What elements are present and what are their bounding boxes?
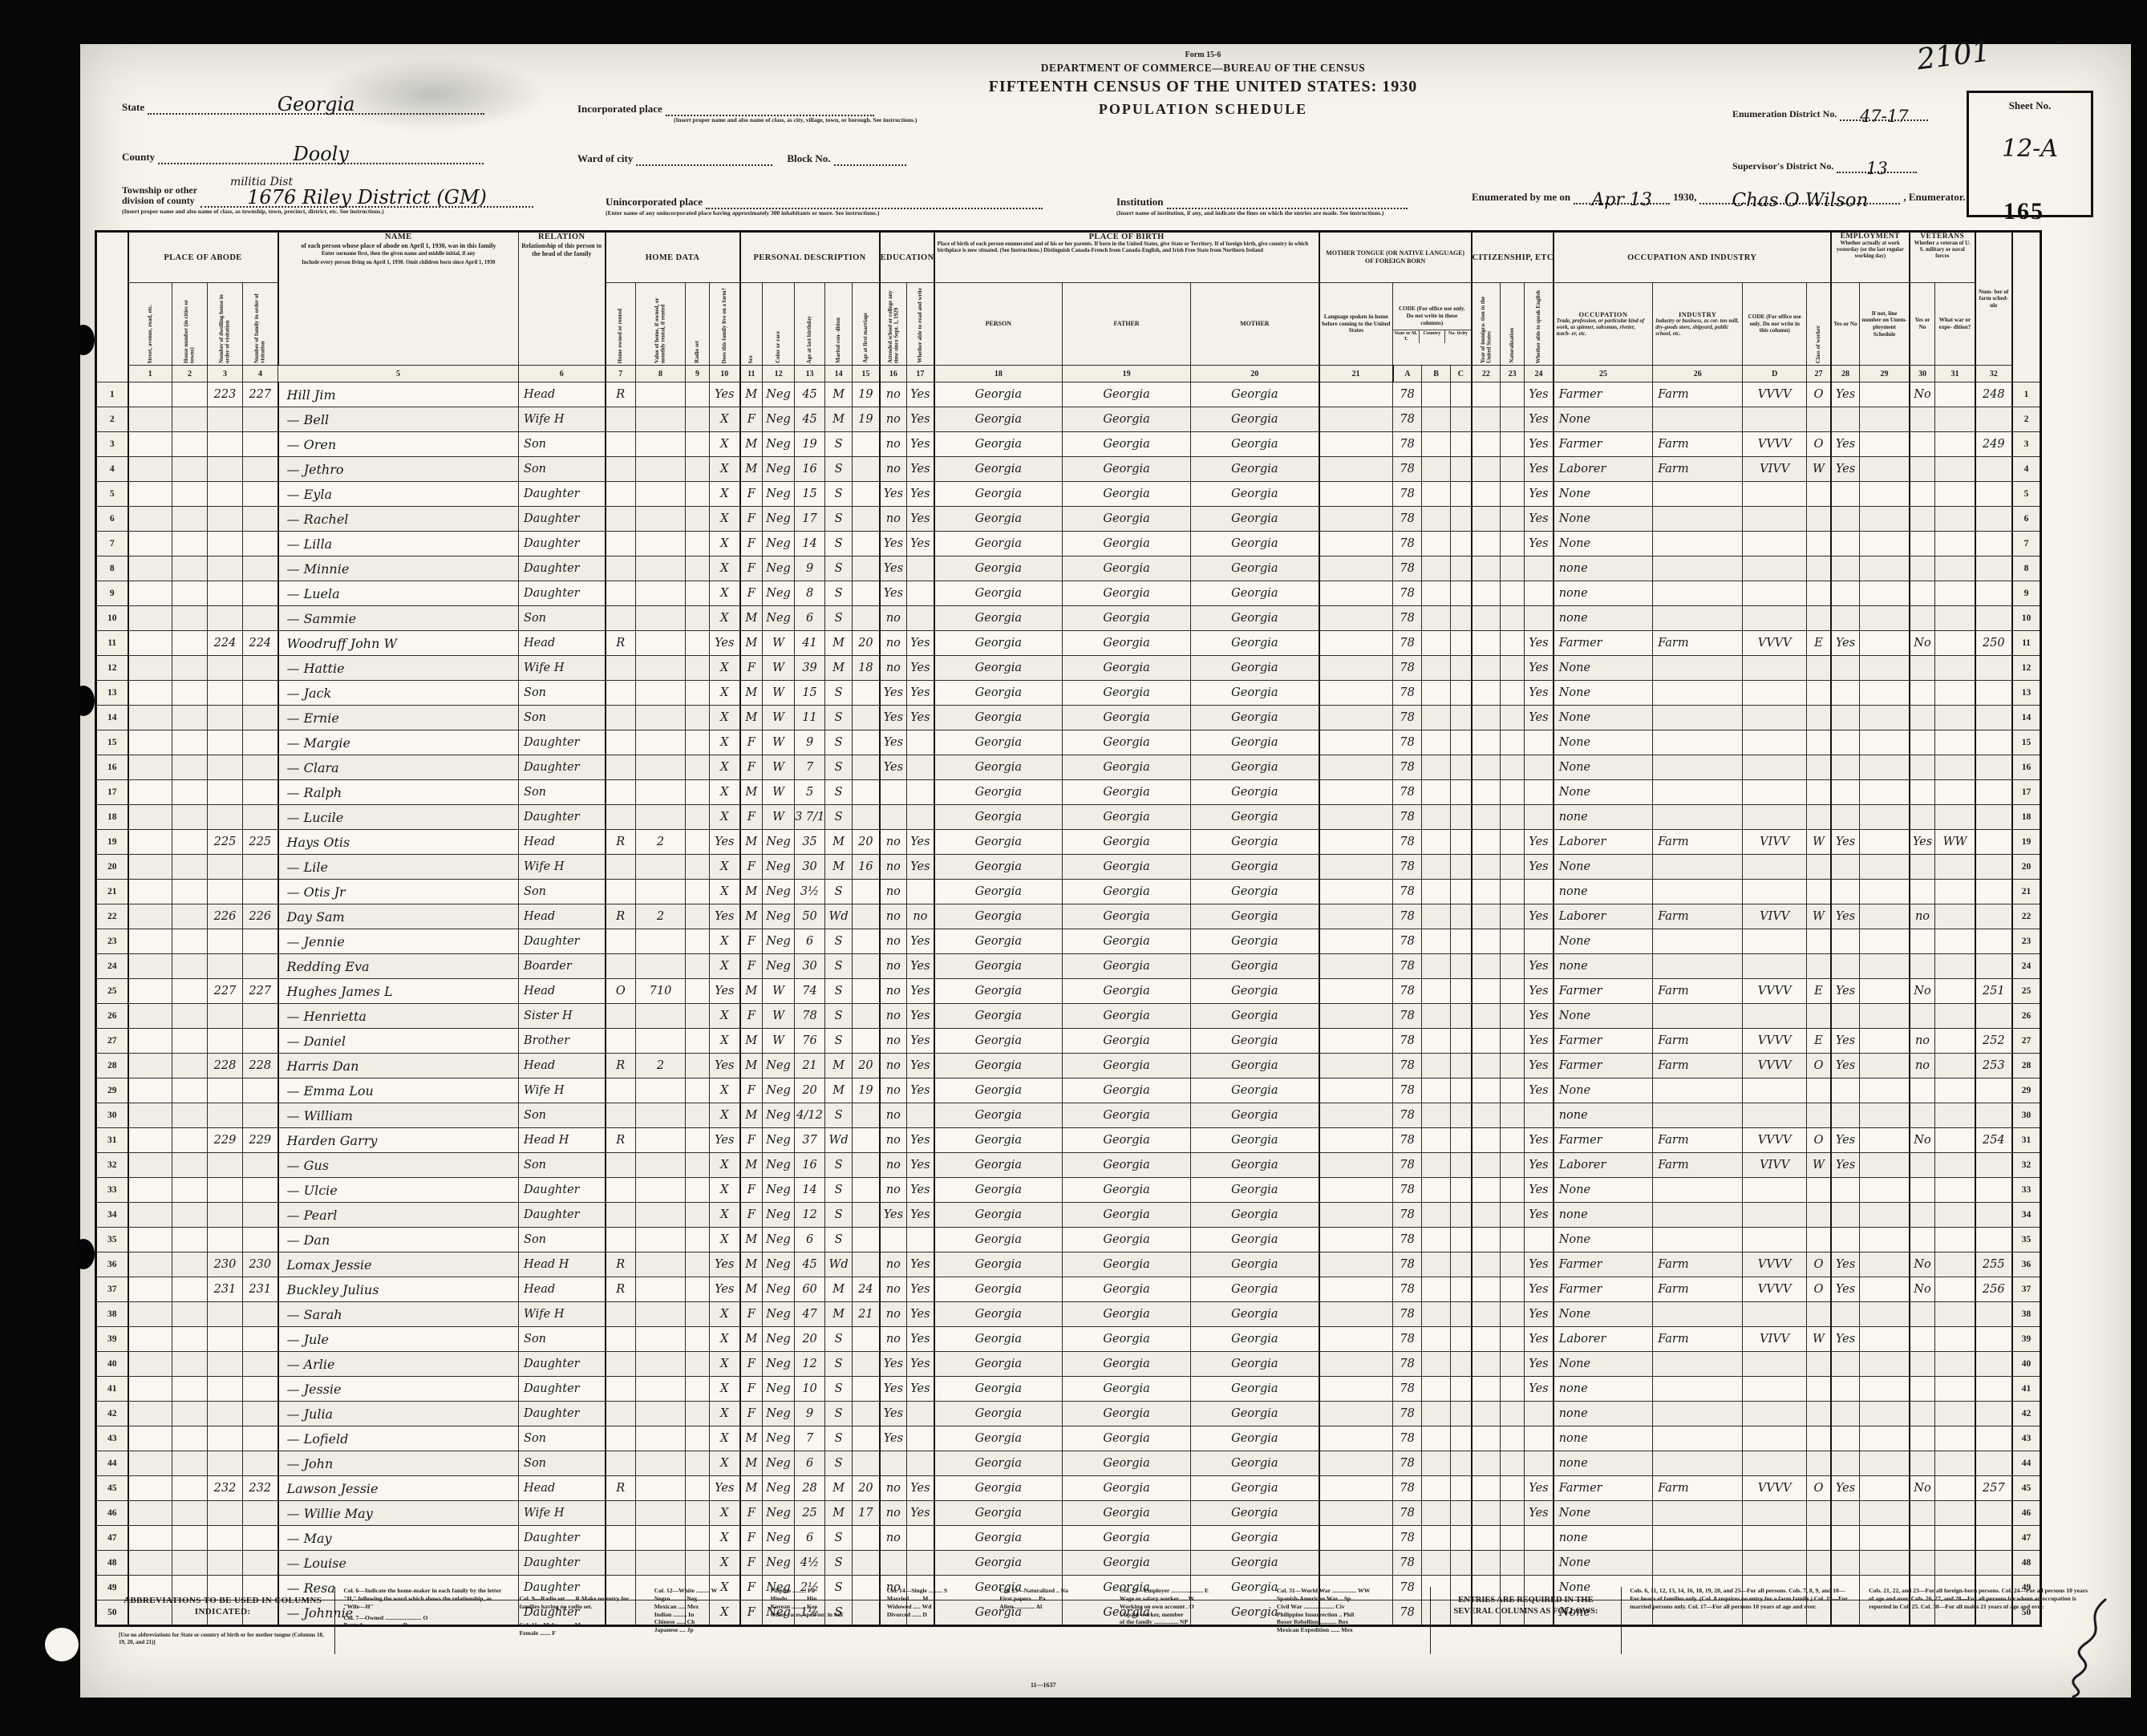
cell-lang xyxy=(1319,1252,1393,1277)
cell-rw: Yes xyxy=(907,1153,934,1178)
cell-e29 xyxy=(1860,556,1910,581)
cell-e28 xyxy=(1831,681,1860,706)
line-number: 7 xyxy=(96,532,128,556)
cell-own xyxy=(606,482,636,507)
cell-imm xyxy=(1472,432,1501,457)
cell-val xyxy=(636,1178,686,1203)
cell-rad xyxy=(686,631,710,656)
cell-lang xyxy=(1319,1128,1393,1153)
cell-own xyxy=(606,1402,636,1426)
cell-rad xyxy=(686,880,710,904)
cell-hn xyxy=(172,432,208,457)
cell-age: 10 xyxy=(795,1377,825,1402)
cell-cb xyxy=(1422,482,1451,507)
cell-fam xyxy=(243,1526,278,1551)
cell-ca: 78 xyxy=(1393,904,1422,929)
cell-age: 30 xyxy=(795,954,825,979)
cell-hn xyxy=(172,1327,208,1352)
cell-mar: S xyxy=(825,880,853,904)
cell-ind xyxy=(1653,532,1743,556)
cell-afm xyxy=(853,507,880,532)
institution-caption: (Insert name of institution, if any, and… xyxy=(1116,209,1453,216)
line-number: 20 xyxy=(96,855,128,880)
cell-dw xyxy=(208,556,243,581)
cell-age: 9 xyxy=(795,1402,825,1426)
cell-lang xyxy=(1319,556,1393,581)
cell-afm: 16 xyxy=(853,855,880,880)
cell-rw xyxy=(907,581,934,606)
cell-ind: Farm xyxy=(1653,1327,1743,1352)
cell-eng: Yes xyxy=(1525,1302,1554,1327)
cell-fam: 226 xyxy=(243,904,278,929)
cell-cc xyxy=(1451,631,1472,656)
cell-sch: no xyxy=(880,954,907,979)
table-row: 38— SarahWife HXFNeg47M21noYesGeorgiaGeo… xyxy=(96,1302,2041,1327)
cell-sch: Yes xyxy=(880,482,907,507)
cell-dw xyxy=(208,681,243,706)
col-industry-header: INDUSTRY Industry or business, as cot- t… xyxy=(1653,283,1743,366)
cell-name: — Arlie xyxy=(278,1352,519,1377)
cell-st xyxy=(128,407,172,432)
cell-fam: 227 xyxy=(243,979,278,1004)
cell-bpp: Georgia xyxy=(934,606,1063,631)
cell-occ: Laborer xyxy=(1554,1327,1653,1352)
cell-e28 xyxy=(1831,954,1860,979)
cell-name: — Ernie xyxy=(278,706,519,730)
cell-imm xyxy=(1472,1029,1501,1054)
cell-bpf: Georgia xyxy=(1063,805,1191,830)
cell-own xyxy=(606,407,636,432)
cell-e29 xyxy=(1860,1551,1910,1576)
cell-afm xyxy=(853,1178,880,1203)
cell-ca: 78 xyxy=(1393,1526,1422,1551)
cell-rel: Brother xyxy=(519,1029,606,1054)
cell-lang xyxy=(1319,482,1393,507)
cell-cw xyxy=(1807,1078,1831,1103)
cell-occ: None xyxy=(1554,730,1653,755)
cell-val: 2 xyxy=(636,904,686,929)
cell-e29 xyxy=(1860,1153,1910,1178)
cell-st xyxy=(128,1252,172,1277)
cell-farm: X xyxy=(710,730,740,755)
cell-v30: no xyxy=(1910,1054,1935,1078)
cell-e29 xyxy=(1860,830,1910,855)
cell-cw xyxy=(1807,1451,1831,1476)
cell-imm xyxy=(1472,1153,1501,1178)
cell-afm xyxy=(853,606,880,631)
cell-e28 xyxy=(1831,1178,1860,1203)
cell-sex: M xyxy=(740,1029,763,1054)
cell-rel: Son xyxy=(519,706,606,730)
line-number: 17 xyxy=(96,780,128,805)
cell-st xyxy=(128,979,172,1004)
table-row: 20— LileWife HXFNeg30M16noYesGeorgiaGeor… xyxy=(96,855,2041,880)
cell-own: R xyxy=(606,1252,636,1277)
cell-v31 xyxy=(1935,1302,1975,1327)
cell-cd: VIVV xyxy=(1743,1153,1807,1178)
cell-ca: 78 xyxy=(1393,1128,1422,1153)
cell-e28: Yes xyxy=(1831,382,1860,407)
cell-rw: Yes xyxy=(907,457,934,482)
cell-mar: S xyxy=(825,755,853,780)
enumerated-year: 1930, xyxy=(1673,191,1696,203)
cell-rw: Yes xyxy=(907,1302,934,1327)
cell-fs xyxy=(1975,532,2012,556)
cell-eng xyxy=(1525,1551,1554,1576)
cell-rw xyxy=(907,1402,934,1426)
cell-cd xyxy=(1743,1451,1807,1476)
cell-hn xyxy=(172,1078,208,1103)
cell-v31 xyxy=(1935,482,1975,507)
cell-fs xyxy=(1975,1451,2012,1476)
line-number: 33 xyxy=(2012,1178,2041,1203)
cell-v30: No xyxy=(1910,1277,1935,1302)
cell-hn xyxy=(172,979,208,1004)
cell-name: — Bell xyxy=(278,407,519,432)
cell-fs xyxy=(1975,407,2012,432)
table-row: 37231231Buckley JuliusHeadRYesMNeg60M24n… xyxy=(96,1277,2041,1302)
cell-imm xyxy=(1472,1103,1501,1128)
cell-bpp: Georgia xyxy=(934,954,1063,979)
cell-st xyxy=(128,1178,172,1203)
cell-v30 xyxy=(1910,1228,1935,1252)
cell-occ: None xyxy=(1554,1078,1653,1103)
cell-bpf: Georgia xyxy=(1063,482,1191,507)
cell-ind xyxy=(1653,1402,1743,1426)
cell-fam xyxy=(243,855,278,880)
cell-name: Lomax Jessie xyxy=(278,1252,519,1277)
code-b-label: Country xyxy=(1419,330,1445,342)
cell-occ: None xyxy=(1554,855,1653,880)
table-row: 30— WilliamSonXMNeg4/12SnoGeorgiaGeorgia… xyxy=(96,1103,2041,1128)
cell-lang xyxy=(1319,432,1393,457)
table-row: 9— LuelaDaughterXFNeg8SYesGeorgiaGeorgia… xyxy=(96,581,2041,606)
cell-name: — Clara xyxy=(278,755,519,780)
cell-mar: M xyxy=(825,1501,853,1526)
cell-cc xyxy=(1451,407,1472,432)
cell-sex: F xyxy=(740,1078,763,1103)
line-number: 22 xyxy=(96,904,128,929)
cell-val xyxy=(636,556,686,581)
cell-e29 xyxy=(1860,1352,1910,1377)
cell-mar: S xyxy=(825,805,853,830)
cell-farm: X xyxy=(710,507,740,532)
cell-v31 xyxy=(1935,457,1975,482)
cell-rad xyxy=(686,1029,710,1054)
cell-bpf: Georgia xyxy=(1063,1103,1191,1128)
cell-rw xyxy=(907,1526,934,1551)
cell-cb xyxy=(1422,382,1451,407)
handwritten-scribble xyxy=(2049,1596,2121,1700)
cell-e29 xyxy=(1860,1302,1910,1327)
cell-own xyxy=(606,1327,636,1352)
cell-afm xyxy=(853,457,880,482)
cell-rel: Daughter xyxy=(519,1178,606,1203)
cell-age: 45 xyxy=(795,382,825,407)
cell-rel: Daughter xyxy=(519,1551,606,1576)
cell-lang xyxy=(1319,1228,1393,1252)
cell-v30 xyxy=(1910,706,1935,730)
cell-cd: VVVV xyxy=(1743,1252,1807,1277)
col-vet-war-header: What war or expe- dition? xyxy=(1935,283,1975,366)
line-number: 44 xyxy=(2012,1451,2041,1476)
cell-v31 xyxy=(1935,780,1975,805)
cell-imm xyxy=(1472,1252,1501,1277)
cell-rad xyxy=(686,830,710,855)
cell-rad xyxy=(686,1426,710,1451)
cell-cd: VIVV xyxy=(1743,457,1807,482)
cell-v31 xyxy=(1935,1526,1975,1551)
cell-dw xyxy=(208,1302,243,1327)
cell-v30 xyxy=(1910,532,1935,556)
cell-fs xyxy=(1975,1004,2012,1029)
cell-e29 xyxy=(1860,1004,1910,1029)
county-label: County xyxy=(122,151,155,163)
cell-sex: F xyxy=(740,1551,763,1576)
cell-farm: X xyxy=(710,855,740,880)
col-school-header: Attended school or college any time sinc… xyxy=(880,283,907,366)
cell-cc xyxy=(1451,1377,1472,1402)
cell-ca: 78 xyxy=(1393,979,1422,1004)
cell-cb xyxy=(1422,1501,1451,1526)
cell-cd: VVVV xyxy=(1743,1277,1807,1302)
cell-age: 6 xyxy=(795,606,825,631)
cell-hn xyxy=(172,1203,208,1228)
line-number: 43 xyxy=(96,1426,128,1451)
cell-lang xyxy=(1319,1327,1393,1352)
line-number: 41 xyxy=(2012,1377,2041,1402)
cell-mar: S xyxy=(825,1426,853,1451)
cell-imm xyxy=(1472,1476,1501,1501)
cell-imm xyxy=(1472,1277,1501,1302)
cell-age: 8 xyxy=(795,581,825,606)
line-number: 19 xyxy=(2012,830,2041,855)
cell-bpp: Georgia xyxy=(934,556,1063,581)
cell-sch: no xyxy=(880,1252,907,1277)
cell-bpp: Georgia xyxy=(934,1078,1063,1103)
cell-e29 xyxy=(1860,904,1910,929)
cell-e29 xyxy=(1860,1128,1910,1153)
cell-rad xyxy=(686,581,710,606)
column-number: 2 xyxy=(172,366,208,382)
cell-sch xyxy=(880,805,907,830)
cell-cd xyxy=(1743,482,1807,507)
cell-rad xyxy=(686,556,710,581)
cell-fs: 257 xyxy=(1975,1476,2012,1501)
cell-cw xyxy=(1807,1526,1831,1551)
cell-sex: F xyxy=(740,1501,763,1526)
cell-afm xyxy=(853,1526,880,1551)
cell-age: 76 xyxy=(795,1029,825,1054)
cell-fam xyxy=(243,1228,278,1252)
cell-v31 xyxy=(1935,706,1975,730)
cell-eng: Yes xyxy=(1525,1327,1554,1352)
line-number: 35 xyxy=(96,1228,128,1252)
table-row: 23— JennieDaughterXFNeg6SnoYesGeorgiaGeo… xyxy=(96,929,2041,954)
cell-sex: M xyxy=(740,606,763,631)
cell-val xyxy=(636,1103,686,1128)
line-number: 13 xyxy=(2012,681,2041,706)
cell-imm xyxy=(1472,929,1501,954)
line-number: 40 xyxy=(2012,1352,2041,1377)
cell-farm: X xyxy=(710,432,740,457)
cell-bpm: Georgia xyxy=(1191,706,1319,730)
cell-cw: O xyxy=(1807,432,1831,457)
cell-rw: Yes xyxy=(907,1029,934,1054)
cell-ca: 78 xyxy=(1393,631,1422,656)
cell-imm xyxy=(1472,556,1501,581)
cell-cd xyxy=(1743,730,1807,755)
cell-bpf: Georgia xyxy=(1063,1501,1191,1526)
cell-e29 xyxy=(1860,1029,1910,1054)
cell-rel: Head xyxy=(519,830,606,855)
cell-e28: Yes xyxy=(1831,457,1860,482)
cell-mar: S xyxy=(825,1203,853,1228)
col-sex-header: Sex xyxy=(740,283,763,366)
line-number: 11 xyxy=(96,631,128,656)
cell-own xyxy=(606,730,636,755)
cell-bpm: Georgia xyxy=(1191,606,1319,631)
column-number: 13 xyxy=(795,366,825,382)
cell-sex: F xyxy=(740,1526,763,1551)
line-number: 4 xyxy=(96,457,128,482)
cell-lang xyxy=(1319,1004,1393,1029)
cell-col: Neg xyxy=(763,929,795,954)
cell-ca: 78 xyxy=(1393,880,1422,904)
cell-rw xyxy=(907,1451,934,1476)
cell-nat xyxy=(1501,1203,1525,1228)
cell-fs xyxy=(1975,1501,2012,1526)
cell-rw xyxy=(907,1103,934,1128)
cell-afm xyxy=(853,904,880,929)
cell-hn xyxy=(172,507,208,532)
cell-fam: 231 xyxy=(243,1277,278,1302)
cell-name: Harris Dan xyxy=(278,1054,519,1078)
cell-sch: no xyxy=(880,1302,907,1327)
cell-sch: no xyxy=(880,830,907,855)
cell-val: 2 xyxy=(636,1054,686,1078)
cell-imm xyxy=(1472,1004,1501,1029)
cell-age: 28 xyxy=(795,1476,825,1501)
cell-cb xyxy=(1422,904,1451,929)
cell-imm xyxy=(1472,1203,1501,1228)
col-occupation-header: OCCUPATION Trade, profession, or particu… xyxy=(1554,283,1653,366)
line-number: 2 xyxy=(2012,407,2041,432)
cell-hn xyxy=(172,730,208,755)
cell-mar: S xyxy=(825,606,853,631)
cell-fs xyxy=(1975,681,2012,706)
cell-ind: Farm xyxy=(1653,979,1743,1004)
cell-eng xyxy=(1525,556,1554,581)
cell-cc xyxy=(1451,1302,1472,1327)
cell-bpm: Georgia xyxy=(1191,1029,1319,1054)
cell-age: 3½ xyxy=(795,880,825,904)
cell-v30 xyxy=(1910,1078,1935,1103)
cell-rel: Son xyxy=(519,1451,606,1476)
cell-val xyxy=(636,1078,686,1103)
cell-fam: 228 xyxy=(243,1054,278,1078)
cell-hn xyxy=(172,1551,208,1576)
cell-dw xyxy=(208,457,243,482)
cell-age: 60 xyxy=(795,1277,825,1302)
cell-v31 xyxy=(1935,1029,1975,1054)
group-employment: EMPLOYMENT Whether actually at work yest… xyxy=(1831,232,1910,283)
cell-cb xyxy=(1422,979,1451,1004)
cell-bpm: Georgia xyxy=(1191,730,1319,755)
cell-fam xyxy=(243,1451,278,1476)
col-street-header: Street, avenue, road, etc. xyxy=(128,283,172,366)
cell-ind xyxy=(1653,929,1743,954)
cell-rad xyxy=(686,1402,710,1426)
cell-dw xyxy=(208,1377,243,1402)
cell-fs xyxy=(1975,656,2012,681)
cell-rad xyxy=(686,780,710,805)
cell-fs xyxy=(1975,855,2012,880)
cell-farm: X xyxy=(710,681,740,706)
cell-dw: 227 xyxy=(208,979,243,1004)
cell-val xyxy=(636,507,686,532)
cell-fs xyxy=(1975,706,2012,730)
cell-own xyxy=(606,1302,636,1327)
cell-col: Neg xyxy=(763,1501,795,1526)
cell-name: Redding Eva xyxy=(278,954,519,979)
cell-rad xyxy=(686,979,710,1004)
cell-own xyxy=(606,1352,636,1377)
cell-v30 xyxy=(1910,880,1935,904)
cell-occ: Farmer xyxy=(1554,1054,1653,1078)
cell-ind xyxy=(1653,656,1743,681)
cell-afm xyxy=(853,1327,880,1352)
cell-age: 14 xyxy=(795,532,825,556)
cell-ind: Farm xyxy=(1653,432,1743,457)
cell-dw xyxy=(208,1029,243,1054)
cell-own xyxy=(606,805,636,830)
cell-dw xyxy=(208,1352,243,1377)
cell-col: Neg xyxy=(763,1078,795,1103)
cell-fs xyxy=(1975,556,2012,581)
cell-ind xyxy=(1653,1352,1743,1377)
cell-name: Hill Jim xyxy=(278,382,519,407)
line-number: 5 xyxy=(2012,482,2041,507)
line-number: 45 xyxy=(2012,1476,2041,1501)
line-number: 42 xyxy=(2012,1402,2041,1426)
cell-bpp: Georgia xyxy=(934,979,1063,1004)
col-read-write-header: Whether able to read and write xyxy=(907,283,934,366)
cell-v30: No xyxy=(1910,631,1935,656)
cell-val xyxy=(636,1004,686,1029)
cell-cc xyxy=(1451,507,1472,532)
cell-e29 xyxy=(1860,1103,1910,1128)
cell-sch: no xyxy=(880,1078,907,1103)
cell-fam xyxy=(243,581,278,606)
cell-v31 xyxy=(1935,581,1975,606)
cell-lang xyxy=(1319,755,1393,780)
cell-cb xyxy=(1422,1526,1451,1551)
cell-bpp: Georgia xyxy=(934,532,1063,556)
cell-st xyxy=(128,1128,172,1153)
line-number: 27 xyxy=(96,1029,128,1054)
cell-mar: S xyxy=(825,954,853,979)
col-language-header: Language spoken in home before coming to… xyxy=(1319,283,1393,366)
table-row: 5— EylaDaughterXFNeg15SYesYesGeorgiaGeor… xyxy=(96,482,2041,507)
cell-name: — Jack xyxy=(278,681,519,706)
line-number: 30 xyxy=(2012,1103,2041,1128)
cell-lang xyxy=(1319,880,1393,904)
cell-bpf: Georgia xyxy=(1063,1054,1191,1078)
cell-ca: 78 xyxy=(1393,1551,1422,1576)
cell-afm xyxy=(853,1029,880,1054)
cell-sex: F xyxy=(740,581,763,606)
